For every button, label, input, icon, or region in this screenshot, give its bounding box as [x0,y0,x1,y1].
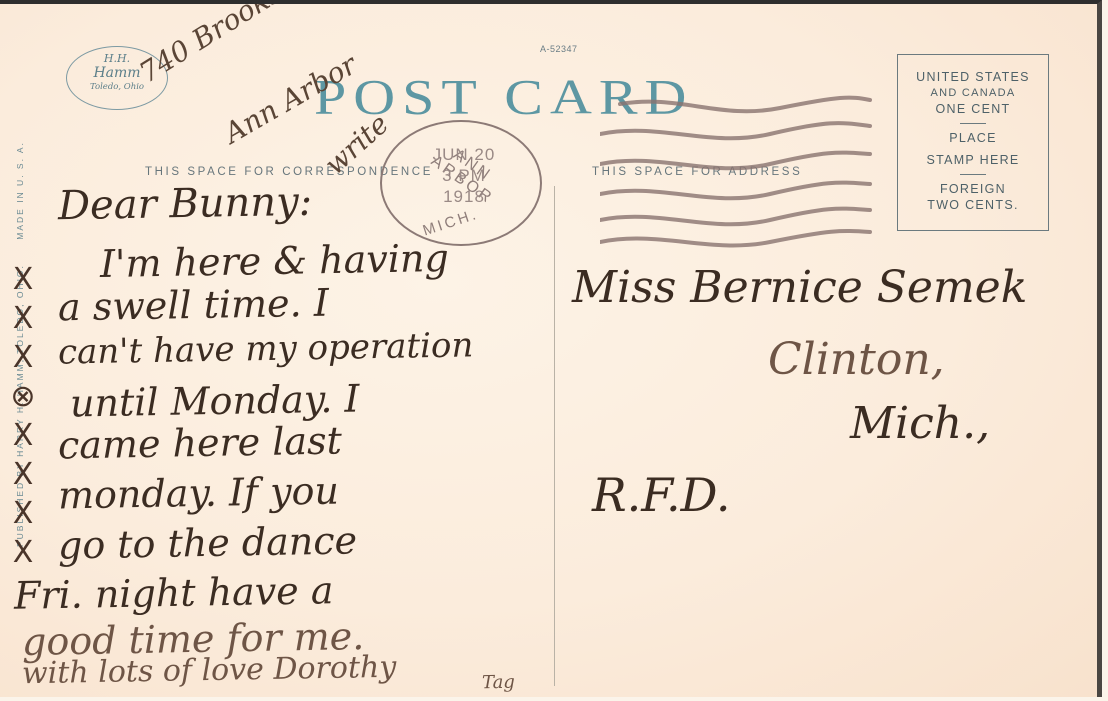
kisses-column: X X X ⊗ X X X X [8,260,38,572]
message-line: can't have my operation [58,328,474,369]
message-line: monday. If you [58,472,340,515]
cancellation-waves-icon [600,92,880,252]
kiss-mark: X [8,455,38,494]
stamp-box: UNITED STATES AND CANADA ONE CENT PLACE … [897,54,1049,231]
kiss-mark: X [8,494,38,533]
stamp-line-6: FOREIGN [898,181,1048,197]
stamp-rule-2 [960,174,986,175]
postmark-time: 3 PM [424,165,504,186]
message-signoff-extra: Tag [482,674,515,693]
recipient-state: Mich., [850,402,990,446]
message-line: go to the dance [58,521,358,564]
message-line: came here last [58,422,342,465]
postmark-year: 1918 [424,186,504,207]
stamp-line-3: ONE CENT [898,101,1048,117]
recipient-name: Miss Bernice Semek [572,266,1027,310]
postmark-date: JUN 20 [424,144,504,165]
stamp-line-7: TWO CENTS. [898,197,1048,213]
recipient-route: R.F.D. [592,472,731,518]
stamp-rule [960,123,986,124]
hug-mark: ⊗ [8,377,38,416]
postcard-back: H.H. Hamm Toledo, Ohio A-52347 POST CARD… [0,0,1102,697]
center-divider [554,186,555,686]
serial-number: A-52347 [540,44,578,54]
message-line: I'm here & having [100,239,449,283]
kiss-mark: X [8,299,38,338]
message-line: Dear Bunny: [58,182,313,226]
stamp-line-4: PLACE [898,130,1048,146]
kiss-mark: X [8,260,38,299]
postmark-date-block: JUN 20 3 PM 1918 [424,144,504,207]
postmark-state: MICH. [421,206,481,240]
message-line: until Monday. I [70,379,360,422]
kiss-mark: X [8,338,38,377]
message-line: a swell time. I [58,284,329,327]
stamp-line-2: AND CANADA [898,85,1048,101]
stamp-line-1: UNITED STATES [898,69,1048,85]
kiss-mark: X [8,416,38,455]
kiss-mark: X [8,533,38,572]
message-line: Fri. night have a [14,571,334,615]
postmark: ANN ARBOR JUN 20 3 PM 1918 MICH. [380,120,542,246]
recipient-city: Clinton, [768,338,945,382]
made-in-usa: MADE IN U. S. A. [15,141,25,240]
message-line: with lots of love Dorothy [22,653,397,690]
stamp-line-5: STAMP HERE [898,152,1048,168]
